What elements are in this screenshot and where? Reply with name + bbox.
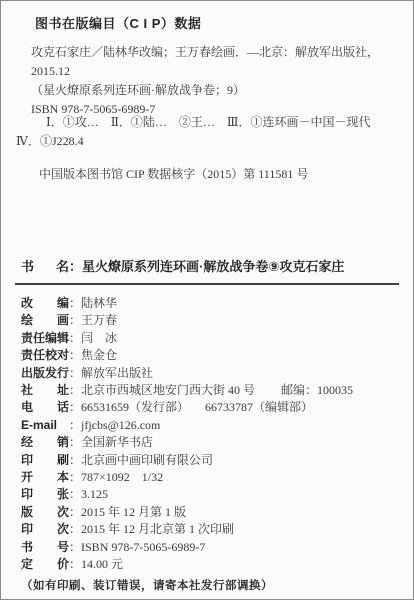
field-colon: ： <box>69 539 81 556</box>
field-row: 印张：3.125 <box>21 486 407 503</box>
colophon-rows: 改编：陆林华 绘画：王万春 责任编辑：闫 冰 责任校对：焦金仓 出版发行：解放军… <box>21 295 407 574</box>
field-colon: ： <box>69 399 81 416</box>
field-value: 3.125 <box>81 486 108 503</box>
cip-entry: 攻克石家庄／陆林华改编；王万春绘画．—北京：解放军出版社，2015.12 （星火… <box>31 43 405 119</box>
field-colon: ： <box>69 365 81 382</box>
field-label: 书号 <box>21 539 69 556</box>
field-row: 电话：66531659（发行部）66733787（编辑部） <box>21 399 407 416</box>
field-value: 焦金仓 <box>81 347 117 364</box>
cip-entry-line: 攻克石家庄／陆林华改编；王万春绘画．—北京：解放军出版社，2015.12 <box>31 43 405 81</box>
field-value: 66531659（发行部） <box>81 399 189 416</box>
field-value: 14.00 元 <box>81 556 123 573</box>
field-label: 责任校对 <box>21 347 69 364</box>
cip-entry-line: （星火燎原系列连环画·解放战争卷；9） <box>31 81 405 100</box>
field-row: 开本：787×1092 1/32 <box>21 469 407 486</box>
field-colon: ： <box>69 556 81 573</box>
cip-title: 图书在版编目（C I P）数据 <box>35 13 201 32</box>
field-value: 北京画中画印刷有限公司 <box>81 452 213 469</box>
book-title-row: 书名：星火燎原系列连环画·解放战争卷⑨攻克石家庄 <box>21 256 405 275</box>
field-row: 改编：陆林华 <box>21 295 407 312</box>
field-row: 责任校对：焦金仓 <box>21 347 407 364</box>
field-colon: ： <box>69 295 81 312</box>
cip-classification-line: Ⅳ．①J228.4 <box>16 132 405 149</box>
field-label: E-mail <box>21 417 69 434</box>
field-row: 书号：ISBN 978-7-5065-6989-7 <box>21 539 407 556</box>
field-value: 陆林华 <box>81 295 117 312</box>
field-value: 全国新华书店 <box>81 434 153 451</box>
field-row: 责任编辑：闫 冰 <box>21 330 407 347</box>
field-label: 责任编辑 <box>21 330 69 347</box>
field-row: 版次：2015 年 12 月第 1 版 <box>21 504 407 521</box>
field-colon: ： <box>69 347 81 364</box>
field-value: 北京市西城区地安门西大街 40 号 <box>81 382 255 399</box>
field-label: 定价 <box>21 556 69 573</box>
errata-note: （如有印刷、装订错误，请寄本社发行部调换） <box>21 577 405 593</box>
field-value: 787×1092 1/32 <box>81 469 163 486</box>
cip-record-number: 中国版本图书馆 CIP 数据核字（2015）第 111581 号 <box>39 165 405 182</box>
field-row: 社址：北京市西城区地安门西大街 40 号邮编：100035 <box>21 382 407 399</box>
field-value: 2015 年 12 月第 1 版 <box>81 504 186 521</box>
field-extra: 邮编：100035 <box>281 382 353 399</box>
divider-rule <box>15 283 399 285</box>
field-label: 印刷 <box>21 452 69 469</box>
field-colon: ： <box>69 382 81 399</box>
book-title-label: 书名 <box>21 256 69 275</box>
field-colon: ： <box>69 504 81 521</box>
book-title-colon: ： <box>69 256 82 275</box>
field-value: 闫 冰 <box>81 330 117 347</box>
field-row: 印刷：北京画中画印刷有限公司 <box>21 452 407 469</box>
field-value: ISBN 978-7-5065-6989-7 <box>81 539 205 556</box>
field-label: 绘画 <box>21 312 69 329</box>
field-colon: ： <box>69 312 81 329</box>
field-extra: 66733787（编辑部） <box>205 399 313 416</box>
field-label: 开本 <box>21 469 69 486</box>
field-colon: ： <box>69 417 81 434</box>
field-value: 王万春 <box>81 312 117 329</box>
field-row: 印次：2015 年 12 月北京第 1 次印刷 <box>21 521 407 538</box>
field-label: 社址 <box>21 382 69 399</box>
field-label: 经销 <box>21 434 69 451</box>
field-label: 印次 <box>21 521 69 538</box>
field-label: 改编 <box>21 295 69 312</box>
field-value: 2015 年 12 月北京第 1 次印刷 <box>81 521 234 538</box>
field-value: jfjcbs@126.com <box>81 417 160 434</box>
field-colon: ： <box>69 486 81 503</box>
field-colon: ： <box>69 330 81 347</box>
field-label: 版次 <box>21 504 69 521</box>
field-value: 解放军出版社 <box>81 365 153 382</box>
field-row: 绘画：王万春 <box>21 312 407 329</box>
field-colon: ： <box>69 452 81 469</box>
field-colon: ： <box>69 434 81 451</box>
book-title-value: 星火燎原系列连环画·解放战争卷⑨攻克石家庄 <box>82 256 344 275</box>
field-row: 定价：14.00 元 <box>21 556 407 573</box>
cip-classification-line: Ⅰ．①攻… Ⅱ．①陆… ②王… Ⅲ．①连环画－中国－现代 <box>46 113 405 130</box>
field-row: 经销：全国新华书店 <box>21 434 407 451</box>
field-label: 印张 <box>21 486 69 503</box>
field-row: E-mail：jfjcbs@126.com <box>21 417 407 434</box>
field-colon: ： <box>69 469 81 486</box>
field-label: 电话 <box>21 399 69 416</box>
field-colon: ： <box>69 521 81 538</box>
field-row: 出版发行：解放军出版社 <box>21 365 407 382</box>
field-label: 出版发行 <box>21 365 69 382</box>
copyright-page: 图书在版编目（C I P）数据 攻克石家庄／陆林华改编；王万春绘画．—北京：解放… <box>0 0 414 600</box>
